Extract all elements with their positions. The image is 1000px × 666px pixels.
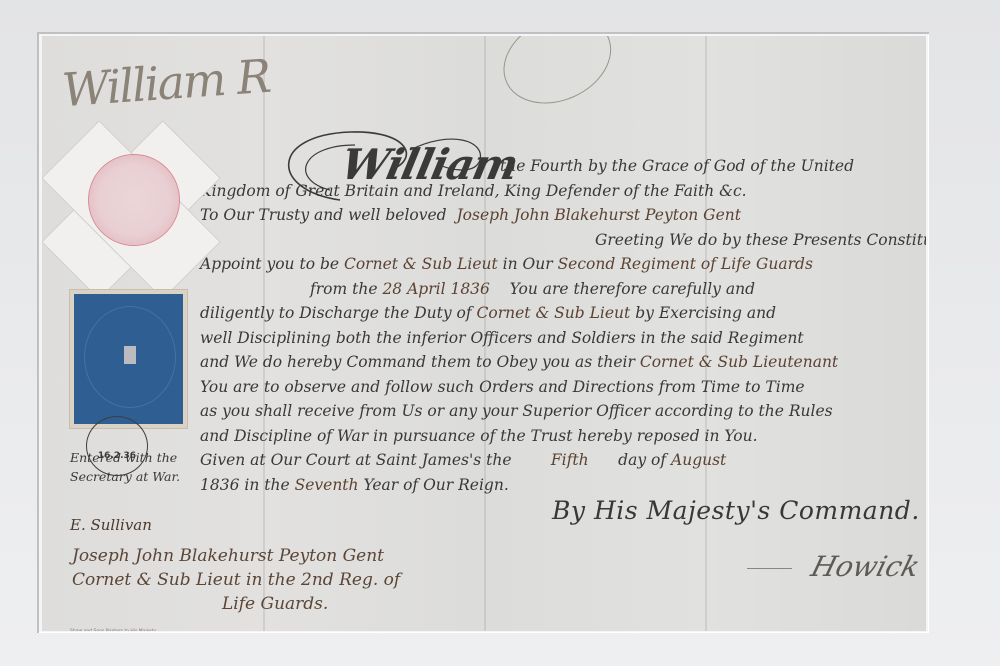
year-field: 1836 (200, 476, 239, 494)
recipient-name: Joseph John Blakehurst Peyton Gent (456, 206, 740, 224)
body-line: day of (618, 451, 666, 469)
body-line: in the (244, 476, 289, 494)
commission-document: William R William the Fourth by the Grac… (42, 36, 926, 631)
red-embossed-seal (50, 134, 220, 284)
body-line: by Exercising and (635, 304, 776, 322)
body-line: and Discipline of War in pursuance of th… (200, 427, 758, 445)
their-rank-field: Cornet & Sub Lieutenant (640, 353, 838, 371)
body-line: You are therefore carefully and (510, 280, 755, 298)
month-field: August (671, 451, 726, 469)
regiment-field: Second Regiment of Life Guards (558, 255, 813, 273)
silver-tab-icon (124, 346, 136, 364)
body-line: Appoint you to be (200, 255, 339, 273)
blue-duty-stamp (74, 294, 183, 424)
by-his-majestys-command: By His Majesty's Command. (552, 496, 920, 525)
royal-arms-stamp-icon (88, 154, 180, 246)
body-line: Greeting We do by these Presents Constit… (595, 231, 926, 249)
body-line: You are to observe and follow such Order… (200, 378, 805, 396)
entered-with-secretary-note: Entered with the Secretary at War. (70, 448, 200, 486)
endorsement: Joseph John Blakehurst Peyton Gent Corne… (72, 544, 492, 616)
reign-year-field: Seventh (295, 476, 359, 494)
body-line: To Our Trusty and well beloved (200, 206, 447, 224)
body-line: Year of Our Reign. (363, 476, 508, 494)
endorsement-line: Life Guards. (72, 592, 492, 616)
clerk-signature: E. Sullivan (70, 516, 152, 534)
body-line: well Disciplining both the inferior Offi… (200, 329, 804, 347)
body-line: from the (310, 280, 378, 298)
body-line: Kingdom of Great Britain and Ireland, Ki… (200, 182, 747, 200)
day-field: Fifth (551, 451, 589, 469)
signature-flourish (489, 36, 625, 120)
secretary-signature: Howick (808, 550, 924, 583)
from-date-field: 28 April 1836 (382, 280, 489, 298)
body-line: diligently to Discharge the Duty of (200, 304, 472, 322)
royal-signature: William R (60, 49, 271, 117)
printer-mark: Shaw and Sons Printers to His Majesty (70, 629, 156, 631)
body-line: the Fourth by the Grace of God of the Un… (500, 157, 854, 175)
body-line: as you shall receive from Us or any your… (200, 402, 833, 420)
endorsement-line: Joseph John Blakehurst Peyton Gent (72, 544, 492, 568)
body-line: Given at Our Court at Saint James's the (200, 451, 512, 469)
body-line: in Our (503, 255, 553, 273)
endorsement-line: Cornet & Sub Lieut in the 2nd Reg. of (72, 568, 492, 592)
duty-rank-field: Cornet & Sub Lieut (477, 304, 631, 322)
body-line: and We do hereby Command them to Obey yo… (200, 353, 635, 371)
rank-field: Cornet & Sub Lieut (344, 255, 498, 273)
signature-cross-mark (747, 568, 792, 569)
commission-body: the Fourth by the Grace of God of the Un… (200, 154, 920, 497)
